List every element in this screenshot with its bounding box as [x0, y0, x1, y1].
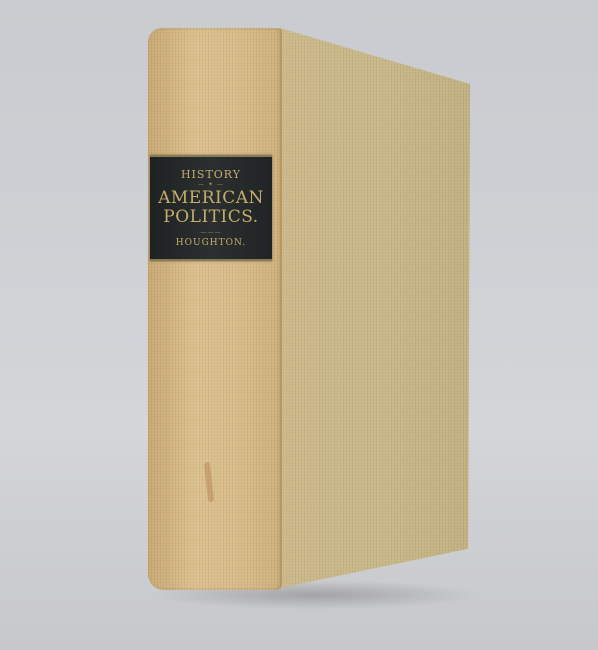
book-front-cover: [280, 28, 470, 588]
book-spine: [148, 28, 282, 590]
label-line-politics: POLITICS.: [150, 209, 272, 226]
spine-title-label: HISTORY — ✦ — AMERICAN POLITICS. ——— HOU…: [150, 155, 272, 261]
label-line-author: HOUGHTON.: [150, 239, 272, 248]
label-ornament-rule: ———: [150, 230, 272, 236]
label-line-american: AMERICAN: [150, 190, 272, 207]
label-line-history: HISTORY: [150, 169, 272, 180]
book: HISTORY — ✦ — AMERICAN POLITICS. ——— HOU…: [0, 0, 598, 650]
